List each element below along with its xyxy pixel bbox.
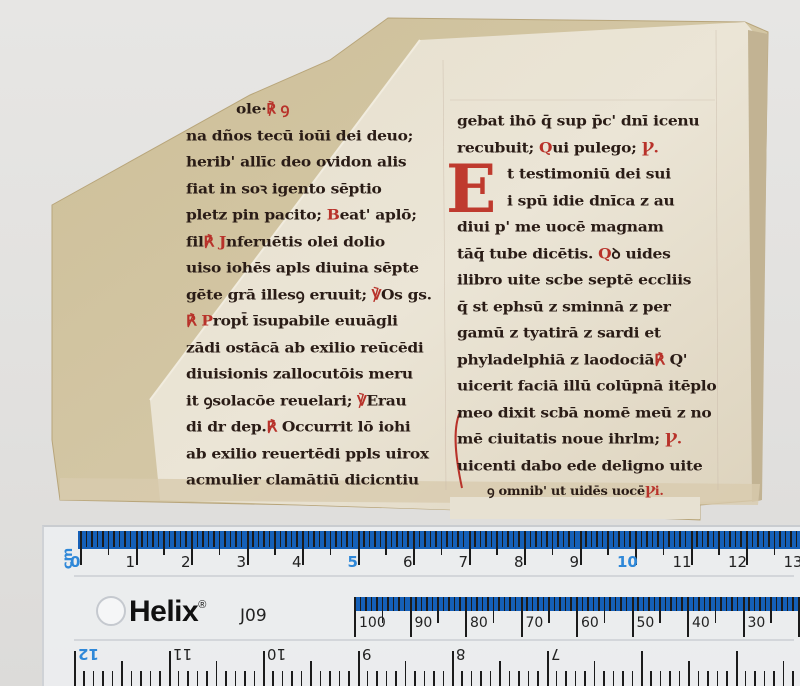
inverted-number: 11 [173, 645, 192, 663]
tick-mark [174, 531, 176, 547]
line-text: recubuit; [457, 138, 539, 155]
tick-mark [448, 597, 450, 611]
text-line: uicerit faciā illū colūpnā itēplo [457, 374, 716, 398]
tick-mark [613, 671, 615, 686]
tick-mark [717, 671, 719, 686]
tick-mark [575, 671, 577, 686]
tick-mark [432, 597, 434, 611]
line-text: Occurrit lō iohi [277, 418, 411, 435]
brand-logo: Helix® [129, 595, 206, 629]
tick-mark [396, 531, 398, 547]
text-line: pletz pin pacito; Beat' aplō; [186, 203, 432, 227]
tick-mark [764, 671, 766, 686]
rubric: B [327, 206, 340, 223]
scale-number: 12 [728, 553, 747, 571]
scale-number: 6 [403, 553, 413, 571]
tick-mark [352, 531, 354, 547]
tick-mark [537, 597, 539, 611]
tick-mark [124, 531, 126, 547]
tick-mark [187, 671, 189, 686]
tick-mark [121, 661, 123, 686]
tick-mark [615, 597, 617, 611]
tick-mark [474, 531, 476, 547]
tick-mark [660, 671, 662, 686]
tick-mark [206, 671, 208, 686]
tick-mark [74, 651, 76, 686]
tick-mark [320, 671, 322, 686]
tick-mark [407, 531, 409, 547]
tick-mark [679, 531, 681, 547]
tick-mark [272, 671, 274, 686]
tick-mark [768, 531, 770, 547]
tick-mark [652, 531, 654, 547]
tick-mark [748, 597, 750, 611]
tick-mark [437, 597, 439, 623]
scale-number: 8 [456, 645, 466, 663]
tick-mark [380, 531, 382, 547]
tick-mark [585, 531, 587, 547]
tick-mark [565, 671, 567, 686]
tick-mark [197, 671, 199, 686]
tick-mark [526, 597, 528, 611]
tick-mark [740, 531, 742, 547]
tick-mark [594, 661, 596, 686]
text-line: it ꝯsolacōe reuelari; ℣Erau [186, 389, 432, 413]
scale-number: 11 [673, 553, 692, 571]
scale-number: 7 [551, 645, 561, 663]
scale-number: 10 [267, 645, 286, 663]
tick-mark [618, 531, 620, 547]
tick-mark [591, 531, 593, 547]
tick-mark [302, 531, 304, 565]
line-text: ole· [236, 100, 266, 117]
tick-mark [83, 671, 85, 686]
tick-mark [480, 671, 482, 686]
tick-mark [535, 531, 537, 547]
tick-mark [419, 531, 421, 547]
tick-mark [360, 597, 362, 611]
scale-number: 0 [70, 553, 80, 571]
hanging-hole [96, 596, 126, 626]
tick-mark [329, 671, 331, 686]
line-text: it ꝯsolacōe reuelari; [186, 391, 357, 408]
text-line: acmulier clamātiū dicicntiu [186, 468, 432, 492]
tick-mark [687, 597, 689, 637]
scale-number: 1 [126, 553, 136, 571]
tick-mark [498, 597, 500, 611]
tick-mark [330, 531, 332, 555]
tick-mark [713, 531, 715, 547]
tick-mark [367, 671, 369, 686]
tick-mark [454, 597, 456, 611]
tick-mark [119, 531, 121, 547]
tick-mark [452, 531, 454, 547]
tick-mark [607, 531, 609, 555]
tick-mark [102, 531, 104, 547]
tick-mark [241, 531, 243, 547]
tick-mark [415, 597, 417, 611]
tick-mark [435, 531, 437, 547]
brand-name: Helix [129, 595, 198, 628]
tick-mark [556, 671, 558, 686]
tick-mark [443, 597, 445, 611]
tick-mark [613, 531, 615, 547]
line-text: ꝯ omnib' ut uidēs uocē [487, 485, 645, 499]
tick-mark [787, 597, 789, 611]
tick-mark [159, 671, 161, 686]
tick-mark [208, 531, 210, 547]
line-text: ropt̄ īsupabile euuāgli [213, 312, 398, 329]
helix-ruler: cm 012345678910111213 Helix® J09 1009080… [42, 525, 800, 686]
tick-mark [796, 531, 798, 547]
scale-number: 60 [581, 615, 599, 631]
right-text-column: gebat ihō q̄ sup p̄c' dnī icenu recubuit… [457, 108, 716, 506]
line-text: ꝺ uides [611, 244, 670, 261]
tick-mark [258, 531, 260, 547]
text-line: phyladelphiā z laodociā℟ Q' [457, 348, 716, 372]
tick-mark [387, 597, 389, 611]
tick-mark [518, 531, 520, 547]
tick-mark [693, 597, 695, 611]
tick-mark [499, 661, 501, 686]
tick-mark [707, 671, 709, 686]
text-line: uiso iohēs apls diuina sēpte [186, 256, 432, 280]
scale-number: 40 [692, 615, 710, 631]
tick-mark [604, 597, 606, 623]
tick-mark [426, 597, 428, 611]
tick-mark [131, 671, 133, 686]
tick-mark [459, 597, 461, 611]
tick-mark [213, 531, 215, 547]
text-line: mē ciuitatis noue ihrlm; Ꝩ. [457, 427, 716, 451]
line-text: eat' aplō; [340, 206, 417, 223]
tick-mark [754, 671, 756, 686]
tick-mark [371, 597, 373, 611]
tick-mark [235, 531, 237, 547]
manuscript-fragment: ole·℟ ꝯ na dños tecū ioūi dei deuo; heri… [0, 0, 800, 530]
tick-mark [491, 531, 493, 547]
tick-mark [557, 531, 559, 547]
scale-number: 4 [292, 553, 302, 571]
tick-mark [482, 597, 484, 611]
tick-mark [291, 671, 293, 686]
tick-mark [654, 597, 656, 611]
tick-mark [724, 531, 726, 547]
tick-mark [490, 671, 492, 686]
tick-mark [147, 531, 149, 547]
inverted-number: 12 [78, 645, 99, 663]
text-line: meo dixit scbā nomē meū z no [457, 401, 716, 425]
tick-mark [363, 531, 365, 547]
text-line: ilibro uite scbe septē eccliis [457, 268, 716, 292]
tick-mark [736, 651, 738, 686]
scale-number: 9 [362, 645, 372, 663]
tick-mark [461, 671, 463, 686]
tick-mark [185, 531, 187, 547]
tick-mark [707, 531, 709, 547]
scale-number: 8 [514, 553, 524, 571]
tick-mark [513, 531, 515, 547]
tick-mark [704, 597, 706, 611]
text-line: t testimoniū dei sui [457, 162, 716, 186]
tick-mark [548, 597, 550, 623]
text-line: diuisionis zallocutōis meru [186, 362, 432, 386]
text-line: zādi ostācā ab exilio reūcēdi [186, 336, 432, 360]
tick-mark [603, 671, 605, 686]
tick-mark [163, 531, 165, 555]
tick-mark [659, 597, 661, 623]
scale-number: 90 [415, 615, 433, 631]
tick-mark [718, 531, 720, 555]
rubric: Q [539, 138, 552, 155]
tick-mark [731, 597, 733, 611]
line-text: fil [186, 232, 204, 249]
tick-mark [632, 671, 634, 686]
text-line: tāq̄ tube dicētis. Qꝺ uides [457, 242, 716, 266]
rubric: ℟ [266, 418, 276, 435]
tick-mark [112, 671, 114, 686]
tick-mark [587, 597, 589, 611]
tick-mark [404, 597, 406, 611]
tick-mark [313, 531, 315, 547]
tick-mark [493, 597, 495, 623]
tick-mark [395, 671, 397, 686]
tick-mark [593, 597, 595, 611]
tick-mark [702, 531, 704, 547]
tick-mark [641, 651, 643, 686]
tick-mark [282, 671, 284, 686]
tick-mark [774, 531, 776, 555]
tick-mark [244, 671, 246, 686]
tick-mark [178, 671, 180, 686]
tick-mark [665, 597, 667, 611]
tick-mark [757, 531, 759, 547]
tick-mark [650, 671, 652, 686]
rubric: ℟ J [204, 232, 226, 249]
tick-mark [471, 671, 473, 686]
tick-mark [230, 531, 232, 547]
rubric: ℟ [654, 350, 664, 367]
tick-mark [180, 531, 182, 547]
tick-mark [274, 531, 276, 555]
tick-mark [441, 531, 443, 555]
tick-mark [576, 597, 578, 637]
tick-mark [554, 597, 556, 611]
tick-mark [559, 597, 561, 611]
tick-mark [521, 597, 523, 637]
tick-mark [609, 597, 611, 611]
tick-mark [698, 597, 700, 611]
tick-mark [97, 531, 99, 547]
inverted-number: 8 [456, 645, 466, 663]
tick-mark [643, 597, 645, 611]
scale-number: 12 [78, 645, 99, 663]
tick-mark [197, 531, 199, 547]
tick-mark [457, 531, 459, 547]
tick-mark [421, 597, 423, 611]
rubric: Ꝩi. [645, 485, 664, 499]
tick-mark [471, 597, 473, 611]
tick-mark [765, 597, 767, 611]
line-text: gēte grā illesꝯ eruuit; [186, 285, 372, 302]
tick-mark [726, 597, 728, 611]
tick-mark [735, 531, 737, 547]
tick-mark [108, 531, 110, 555]
tick-mark [563, 531, 565, 547]
tick-mark [574, 531, 576, 547]
tick-mark [781, 597, 783, 611]
tick-mark [386, 671, 388, 686]
tick-mark [624, 531, 626, 547]
tick-mark [414, 671, 416, 686]
tick-mark [776, 597, 778, 611]
tick-mark [679, 671, 681, 686]
rubric: Q [598, 244, 611, 261]
tick-mark [754, 597, 756, 611]
tick-mark [674, 531, 676, 547]
scale-number: 50 [637, 615, 655, 631]
tick-mark [308, 531, 310, 547]
tick-mark [285, 531, 287, 547]
rubric: ℟ P [186, 312, 213, 329]
tick-mark [546, 531, 548, 547]
line-text: nferuētis olei dolio [226, 232, 385, 249]
text-line: herib' allīc deo ovidon alis [186, 150, 432, 174]
line-text: mē ciuitatis noue ihrlm; [457, 430, 665, 447]
inverted-number: 10 [267, 645, 286, 663]
tick-mark [530, 531, 532, 547]
tick-mark [93, 671, 95, 686]
tick-mark [487, 597, 489, 611]
tick-mark [269, 531, 271, 547]
text-line: ole·℟ ꝯ [186, 97, 432, 121]
tick-mark [301, 671, 303, 686]
tick-mark [507, 531, 509, 547]
tick-mark [102, 671, 104, 686]
tick-mark [622, 671, 624, 686]
text-line: ꝯ omnib' ut uidēs uocēꝨi. [457, 480, 716, 504]
scale-number: 100 [359, 615, 386, 631]
inverted-number: 7 [551, 645, 561, 663]
tick-mark [632, 597, 634, 637]
tick-mark [136, 531, 138, 565]
tick-mark [663, 531, 665, 555]
tick-mark [405, 661, 407, 686]
scale-number: 11 [173, 645, 192, 663]
tick-mark [446, 531, 448, 547]
tick-mark [463, 531, 465, 547]
tick-mark [346, 531, 348, 547]
tick-mark [91, 531, 93, 547]
tick-mark [398, 597, 400, 611]
tick-mark [410, 597, 412, 637]
tick-mark [433, 671, 435, 686]
tick-mark [790, 531, 792, 547]
scale-number: 70 [526, 615, 544, 631]
line-text: Erau [366, 391, 406, 408]
tick-mark [263, 651, 265, 686]
line-text: di dr dep. [186, 418, 266, 435]
line-text: phyladelphiā z laodociā [457, 350, 654, 367]
tick-mark [365, 597, 367, 611]
tick-mark [637, 597, 639, 611]
tick-mark [476, 597, 478, 611]
tick-mark [620, 597, 622, 611]
tick-mark [504, 597, 506, 611]
tick-mark [743, 597, 745, 637]
tick-mark [152, 531, 154, 547]
line-text: ui pulego; [552, 138, 641, 155]
tick-mark [224, 531, 226, 547]
scale-number: 10 [617, 553, 638, 571]
tick-mark [465, 597, 467, 637]
text-line: ab exilio reuertēdi ppls uirox [186, 442, 432, 466]
tick-mark [310, 661, 312, 686]
tick-mark [792, 671, 794, 686]
tick-mark [402, 531, 404, 547]
line-text: Q' [665, 350, 688, 367]
tick-mark [715, 597, 717, 623]
tick-mark [685, 531, 687, 547]
tick-mark [770, 597, 772, 623]
inverted-number: 9 [362, 645, 372, 663]
tick-mark [225, 671, 227, 686]
tick-mark [354, 597, 356, 637]
text-line: gebat ihō q̄ sup p̄c' dnī icenu [457, 109, 716, 133]
tick-mark [668, 531, 670, 547]
tick-mark [698, 671, 700, 686]
tick-mark [369, 531, 371, 547]
tick-mark [219, 531, 221, 555]
tick-mark [509, 597, 511, 611]
scale-number: 13 [784, 553, 800, 571]
tick-mark [113, 531, 115, 547]
tick-mark [254, 671, 256, 686]
rubric: ℣ [357, 391, 366, 408]
tick-mark [792, 597, 794, 611]
tick-mark [696, 531, 698, 547]
text-line: ℟ Propt̄ īsupabile euuāgli [186, 309, 432, 333]
tick-mark [681, 597, 683, 611]
tick-mark [729, 531, 731, 547]
registered-mark: ® [198, 599, 206, 611]
tick-mark [524, 531, 526, 565]
tick-mark [676, 597, 678, 611]
tick-mark [669, 671, 671, 686]
tick-mark [430, 531, 432, 547]
tick-mark [424, 531, 426, 547]
tick-mark [339, 671, 341, 686]
tick-mark [626, 597, 628, 611]
line-text: tāq̄ tube dicētis. [457, 244, 598, 261]
tick-mark [341, 531, 343, 547]
rubric: ℟ ꝯ [266, 100, 289, 117]
scale-number: 5 [348, 553, 358, 571]
tick-mark [570, 597, 572, 611]
line-text: Os gs. [381, 285, 432, 302]
tick-mark [191, 531, 193, 565]
tick-mark [657, 531, 659, 547]
tick-mark [552, 531, 554, 555]
scale-number: 7 [459, 553, 469, 571]
tick-mark [280, 531, 282, 547]
tick-mark [202, 531, 204, 547]
tick-mark [580, 531, 582, 565]
tick-mark [720, 597, 722, 611]
tick-mark [509, 671, 511, 686]
tick-mark [528, 671, 530, 686]
text-line: fiat in soꝛ igento sēptio [186, 177, 432, 201]
